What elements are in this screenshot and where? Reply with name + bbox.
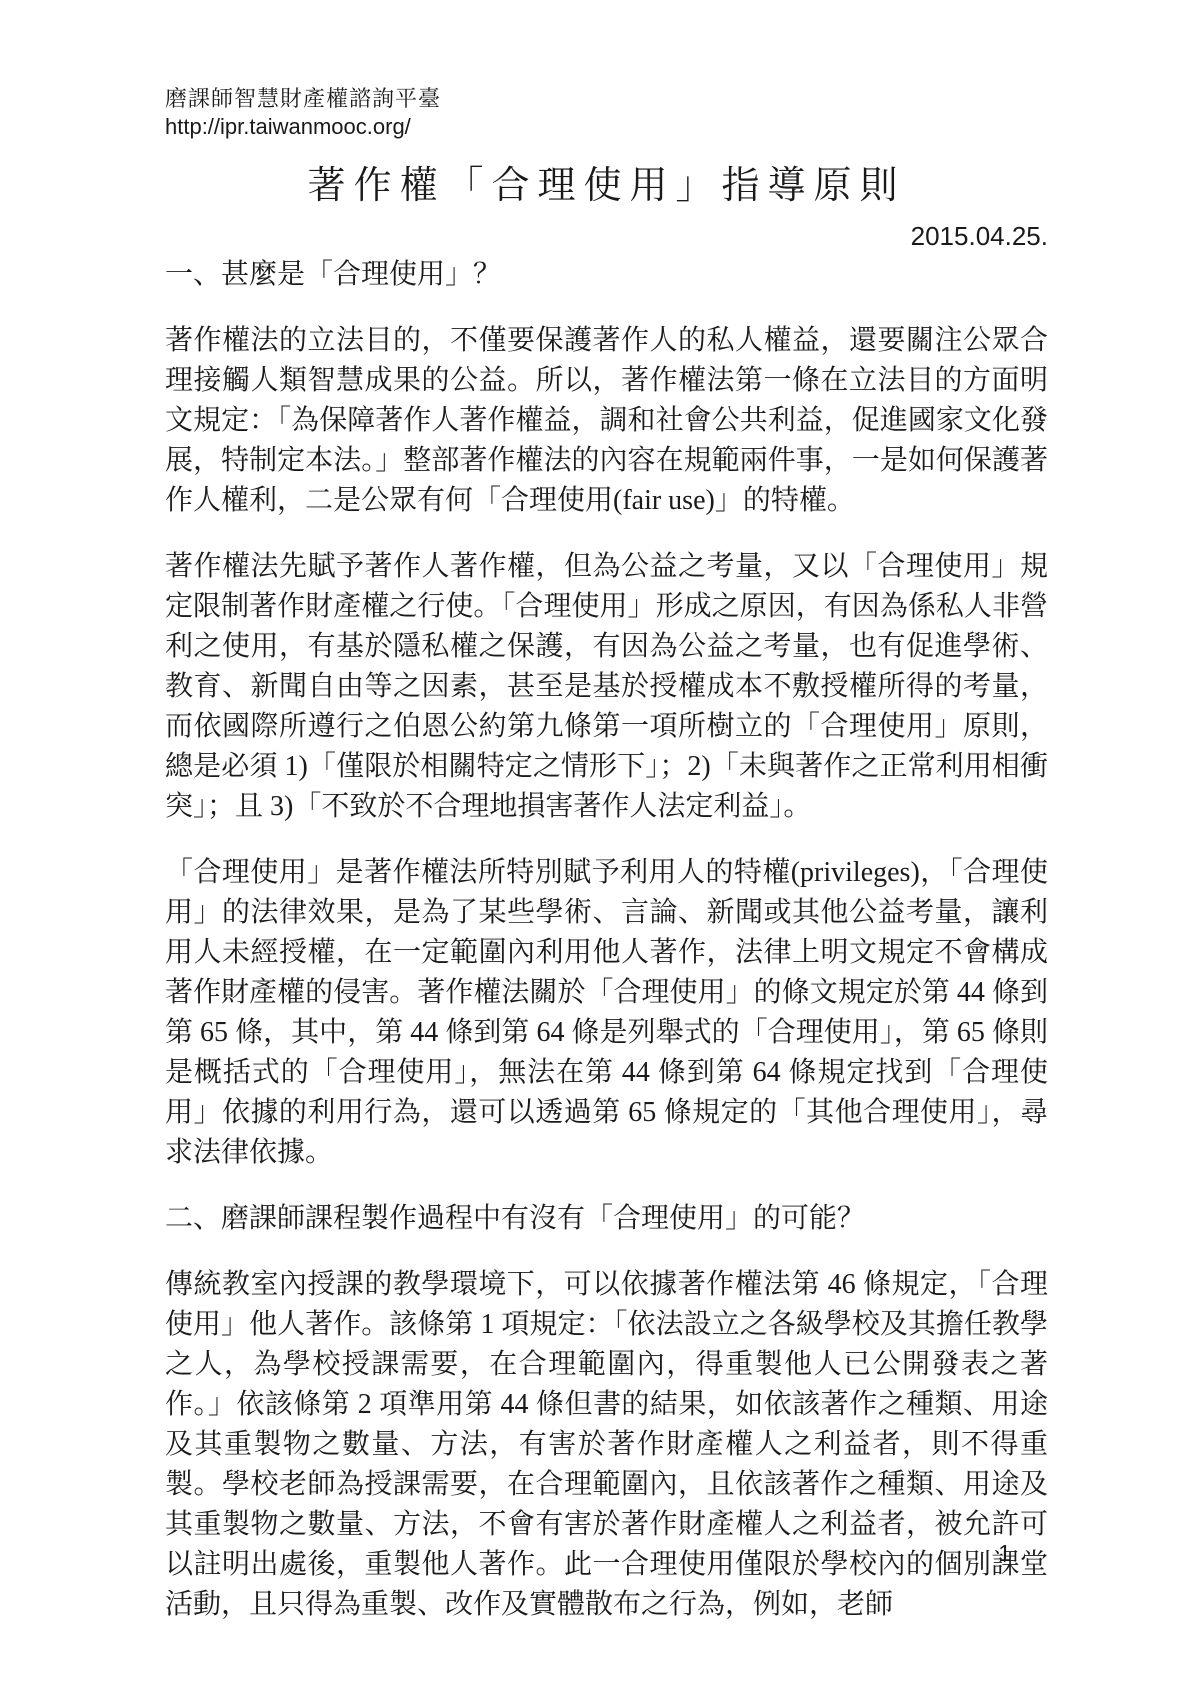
- document-header: 磨課師智慧財產權諮詢平臺 http://ipr.taiwanmooc.org/: [165, 85, 1048, 141]
- site-name: 磨課師智慧財產權諮詢平臺: [165, 85, 1048, 113]
- document-title: 著作權「合理使用」指導原則: [165, 157, 1048, 215]
- site-url: http://ipr.taiwanmooc.org/: [165, 113, 1048, 141]
- document-page: 磨課師智慧財產權諮詢平臺 http://ipr.taiwanmooc.org/ …: [0, 0, 1191, 1684]
- section-1-paragraph-3: 「合理使用」是著作權法所特別賦予利用人的特權(privileges)，「合理使用…: [165, 853, 1048, 1173]
- document-date: 2015.04.25.: [165, 219, 1048, 253]
- page-number: 1: [998, 1538, 1011, 1568]
- section-2-heading: 二、磨課師課程製作過程中有沒有「合理使用」的可能？: [165, 1199, 1048, 1239]
- section-1-paragraph-1: 著作權法的立法目的，不僅要保護著作人的私人權益，還要關注公眾合理接觸人類智慧成果…: [165, 321, 1048, 521]
- section-1-paragraph-2: 著作權法先賦予著作人著作權，但為公益之考量，又以「合理使用」規定限制著作財產權之…: [165, 547, 1048, 827]
- section-2-paragraph-1: 傳統教室內授課的教學環境下，可以依據著作權法第 46 條規定，「合理使用」他人著…: [165, 1265, 1048, 1625]
- section-1-heading: 一、甚麼是「合理使用」？: [165, 255, 1048, 295]
